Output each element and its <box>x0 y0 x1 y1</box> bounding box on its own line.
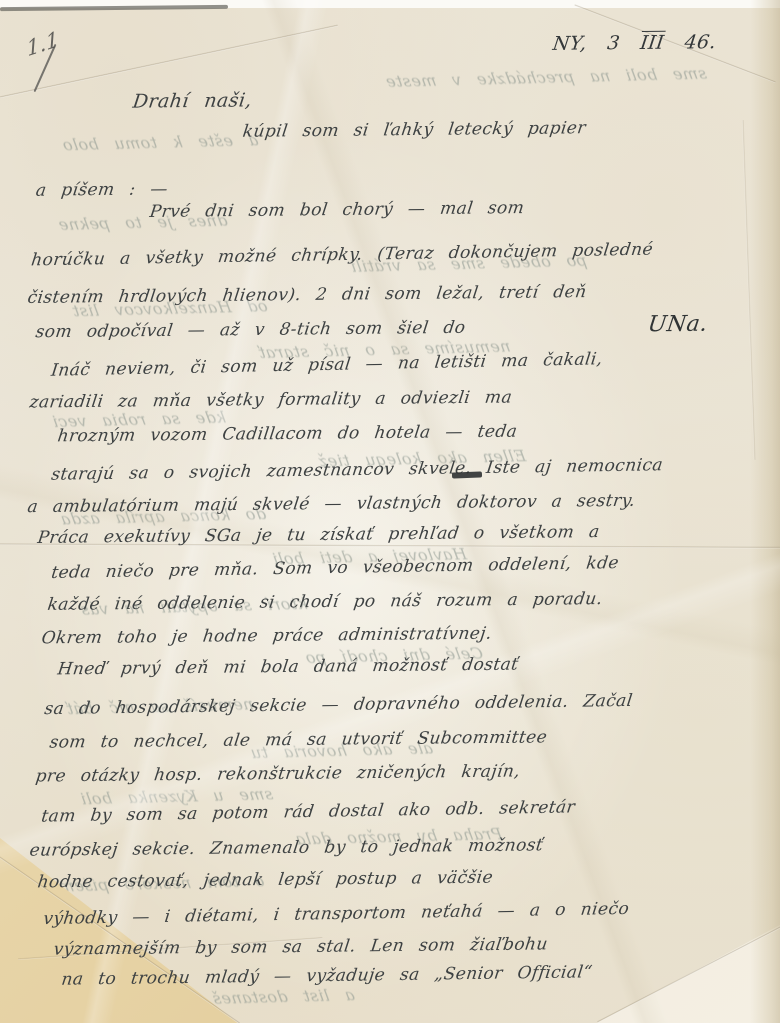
dateline-year: 46. <box>683 31 717 53</box>
ink-strikethrough <box>452 471 482 478</box>
dateline-month: III <box>639 32 666 54</box>
dateline-day: 3 <box>606 32 621 54</box>
dateline: NY, 3 III 46. <box>551 31 717 55</box>
body-word-una: UNa. <box>646 312 709 338</box>
letter-scan: sme boli na prechádzke v meste a ešte k … <box>0 0 780 1023</box>
body-line: Prvé dni som bol chorý — mal som <box>148 198 525 222</box>
dateline-place: NY, <box>551 32 588 54</box>
opening-line: kúpil som si ľahký letecký papier <box>241 118 587 142</box>
opening-close: a píšem : — <box>35 179 169 200</box>
salutation: Drahí naši, <box>131 89 253 112</box>
